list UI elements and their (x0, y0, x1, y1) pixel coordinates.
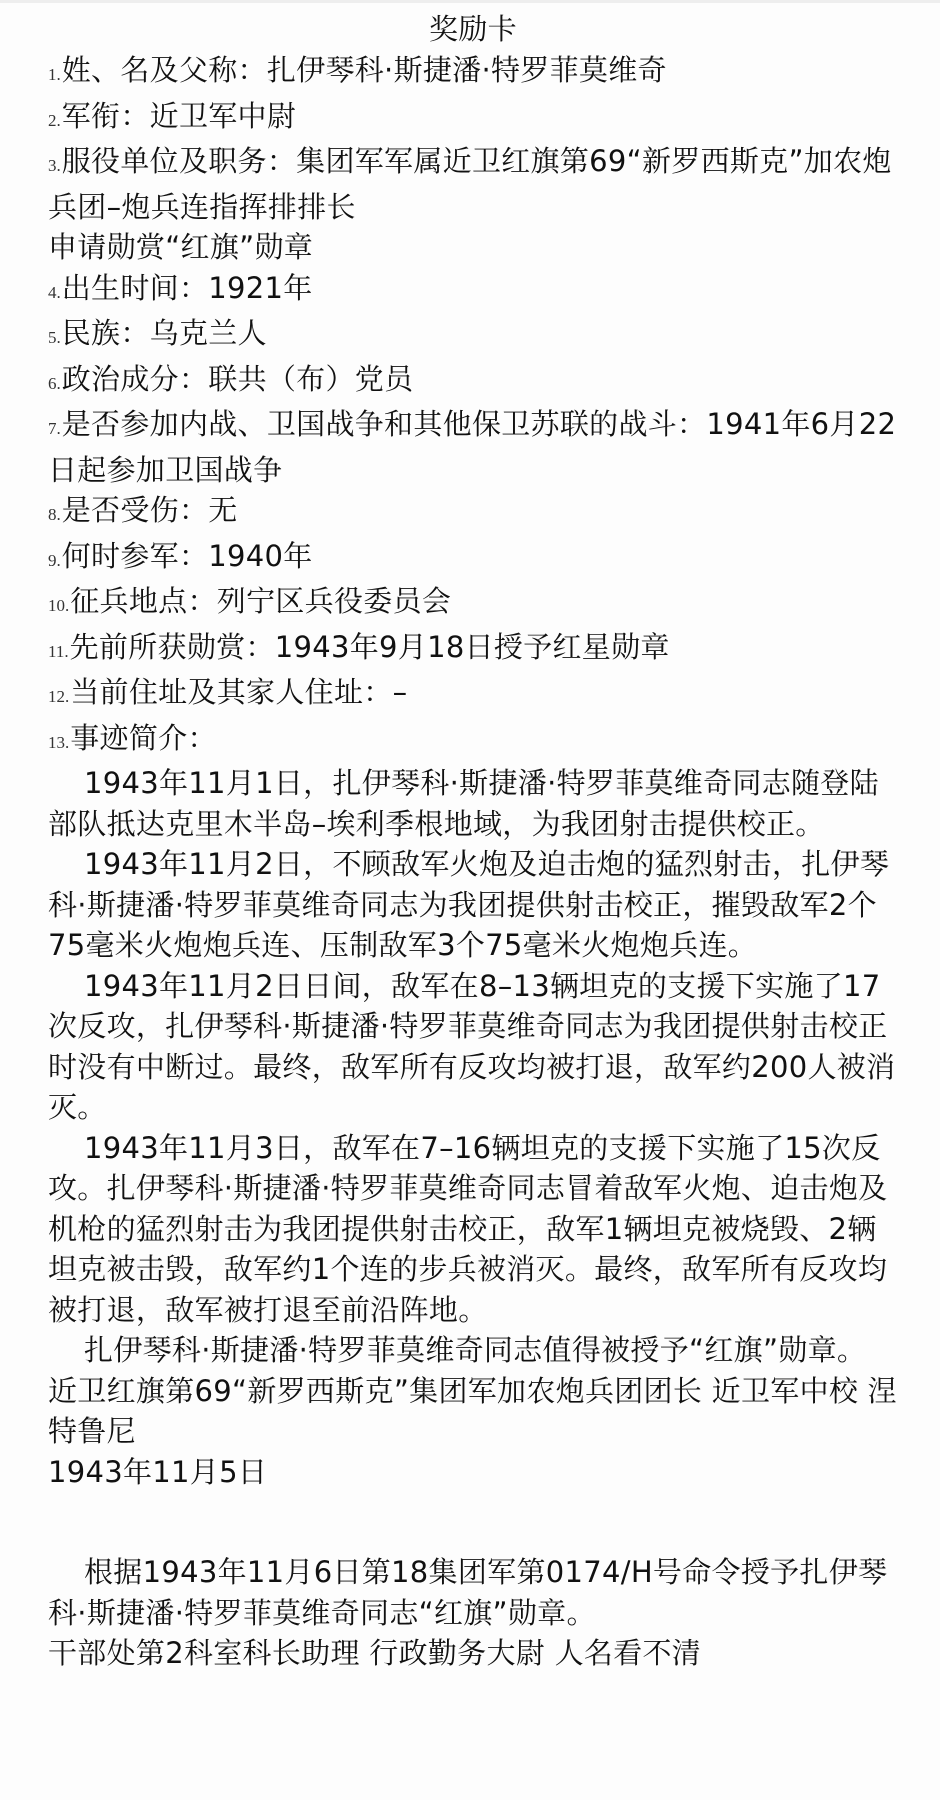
section-spacer (48, 1492, 898, 1552)
signature-position: 近卫红旗第69“新罗西斯克”集团军加农炮兵团团长 近卫军中校 涅特鲁尼 (48, 1371, 898, 1452)
field-summary-heading: 13.事迹简介： (48, 718, 898, 764)
field-value: 扎伊琴科·斯捷潘·特罗菲莫维奇 (267, 53, 667, 87)
field-number: 3. (48, 156, 61, 175)
field-number: 2. (48, 111, 61, 130)
field-label: 是否受伤： (62, 493, 209, 527)
field-war-participation: 7.是否参加内战、卫国战争和其他保卫苏联的战斗：1941年6月22日起参加卫国战… (48, 404, 898, 490)
field-label: 服役单位及职务： (62, 144, 296, 178)
field-address: 12.当前住址及其家人住址：– (48, 672, 898, 718)
field-number: 6. (48, 374, 61, 393)
field-number: 7. (48, 419, 61, 438)
narrative-paragraph: 1943年11月3日，敌军在7–16辆坦克的支援下实施了15次反攻。扎伊琴科·斯… (48, 1128, 898, 1331)
field-label: 是否参加内战、卫国战争和其他保卫苏联的战斗： (62, 407, 707, 441)
field-value: 1940年 (208, 539, 312, 573)
field-wounded: 8.是否受伤：无 (48, 490, 898, 536)
signature-date: 1943年11月5日 (48, 1452, 898, 1493)
field-number: 1. (48, 65, 61, 84)
field-full-name: 1.姓、名及父称：扎伊琴科·斯捷潘·特罗菲莫维奇 (48, 50, 898, 96)
field-rank: 2.军衔：近卫军中尉 (48, 96, 898, 142)
field-value: 联共（布）党员 (208, 362, 413, 396)
narrative-paragraph: 1943年11月1日，扎伊琴科·斯捷潘·特罗菲莫维奇同志随登陆部队抵达克里木半岛… (48, 763, 898, 844)
field-label: 姓、名及父称： (62, 53, 267, 87)
field-value: 乌克兰人 (150, 316, 267, 350)
document-title: 奖励卡 (48, 8, 898, 50)
field-birth-year: 4.出生时间：1921年 (48, 268, 898, 314)
field-party: 6.政治成分：联共（布）党员 (48, 359, 898, 405)
field-number: 9. (48, 551, 61, 570)
field-label: 政治成分： (62, 362, 209, 396)
field-nationality: 5.民族：乌克兰人 (48, 313, 898, 359)
field-label: 当前住址及其家人住址： (70, 675, 392, 709)
field-value: 近卫军中尉 (150, 99, 297, 133)
field-label: 民族： (62, 316, 150, 350)
narrative-paragraph: 1943年11月2日，不顾敌军火炮及迫击炮的猛烈射击，扎伊琴科·斯捷潘·特罗菲莫… (48, 844, 898, 966)
field-label: 征兵地点： (70, 584, 217, 618)
field-previous-awards: 11.先前所获勋赏：1943年9月18日授予红星勋章 (48, 627, 898, 673)
field-label: 何时参军： (62, 539, 209, 573)
field-label: 事迹简介： (70, 721, 217, 755)
field-number: 13. (48, 733, 69, 752)
narrative-paragraph: 扎伊琴科·斯捷潘·特罗菲莫维奇同志值得被授予“红旗”勋章。 (48, 1330, 898, 1371)
field-number: 12. (48, 687, 69, 706)
field-value: – (393, 675, 408, 709)
field-award-request: 申请勋赏“红旗”勋章 (48, 227, 898, 268)
award-order-signer: 干部处第2科室科长助理 行政勤务大尉 人名看不清 (48, 1633, 898, 1674)
field-number: 11. (48, 642, 69, 661)
field-number: 10. (48, 596, 69, 615)
field-number: 4. (48, 283, 61, 302)
field-value: 申请勋赏“红旗”勋章 (48, 230, 313, 264)
narrative-paragraph: 1943年11月2日日间，敌军在8–13辆坦克的支援下实施了17次反攻，扎伊琴科… (48, 966, 898, 1128)
field-value: 1943年9月18日授予红星勋章 (275, 630, 670, 664)
field-number: 8. (48, 505, 61, 524)
field-value: 1921年 (208, 271, 312, 305)
field-unit-position: 3.服役单位及职务：集团军军属近卫红旗第69“新罗西斯克”加农炮兵团–炮兵连指挥… (48, 141, 898, 227)
award-order-text: 根据1943年11月6日第18集团军第0174/H号命令授予扎伊琴科·斯捷潘·特… (48, 1552, 898, 1633)
field-label: 先前所获勋赏： (70, 630, 275, 664)
field-number: 5. (48, 328, 61, 347)
field-label: 出生时间： (62, 271, 209, 305)
field-enlistment-year: 9.何时参军：1940年 (48, 536, 898, 582)
top-border (0, 0, 940, 3)
field-label: 军衔： (62, 99, 150, 133)
field-value: 无 (208, 493, 237, 527)
award-card-document: 奖励卡 1.姓、名及父称：扎伊琴科·斯捷潘·特罗菲莫维奇 2.军衔：近卫军中尉 … (48, 8, 898, 1674)
field-value: 列宁区兵役委员会 (217, 584, 451, 618)
field-enlistment-place: 10.征兵地点：列宁区兵役委员会 (48, 581, 898, 627)
